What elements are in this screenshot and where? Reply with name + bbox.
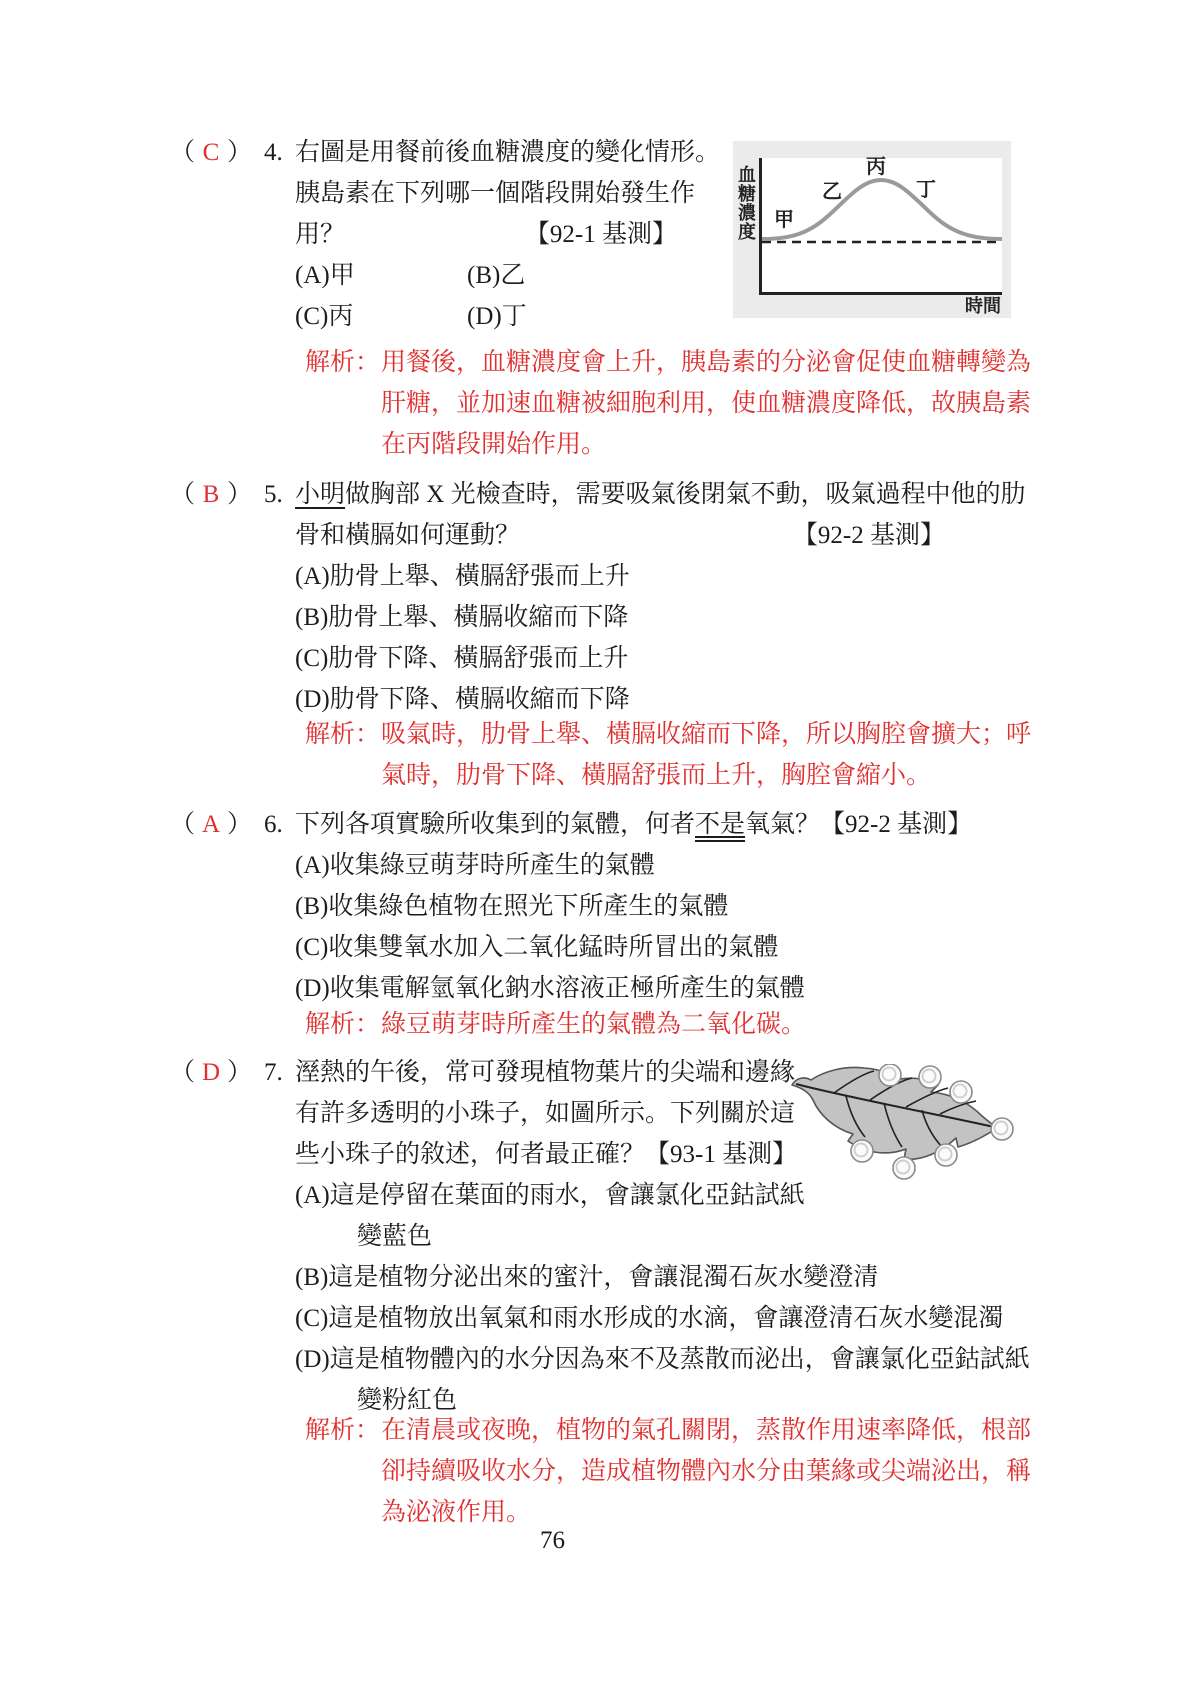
option-d: (D)這是植物體內的水分因為來不及蒸散而泌出，會讓氯化亞鈷試紙 <box>295 1339 757 1380</box>
question-5-row: （B） 5. 小明做胸部 X 光檢查時，需要吸氣後閉氣不動，吸氣過程中他的肋 骨… <box>170 474 945 720</box>
question-body-q6: 下列各項實驗所收集到的氣體，何者不是氧氣？ 【92-2 基測】 (A)收集綠豆萌… <box>295 804 945 1009</box>
glucose-chart: 血糖濃度 甲 乙 丙 丁 時間 <box>733 141 1011 318</box>
question-number-q4: 4. <box>264 132 295 173</box>
analysis-line: 用餐後，血糖濃度會上升，胰島素的分泌會促使血糖轉變為 <box>381 342 1031 383</box>
chart-plot-area: 甲 乙 丙 丁 <box>759 158 1002 295</box>
glucose-curve-path <box>762 180 1002 239</box>
stem-text: 骨和橫膈如何運動？ <box>295 515 520 556</box>
exam-page: （C） 4. 右圖是用餐前後血糖濃度的變化情形。 胰島素在下列哪一個階段開始發生… <box>0 0 1191 1684</box>
double-underlined-negation: 不是 <box>695 811 745 838</box>
analysis-label: 解析： <box>305 714 380 755</box>
question-number-q6: 6. <box>264 804 295 845</box>
stage-label-bing: 丙 <box>866 157 886 177</box>
analysis-line: 氣時，肋骨下降、橫膈舒張而上升，胸腔會縮小。 <box>381 755 1031 796</box>
paren-open: （ <box>170 474 195 515</box>
paren-close: ） <box>227 474 252 515</box>
analysis-line: 在丙階段開始作用。 <box>381 424 1031 465</box>
analysis-line: 吸氣時，肋骨上舉、橫膈收縮而下降，所以胸腔會擴大；呼 <box>381 714 1031 755</box>
question-6-row: （A） 6. 下列各項實驗所收集到的氣體，何者不是氧氣？ 【92-2 基測】 (… <box>170 804 945 1009</box>
analysis-body: 綠豆萌芽時所產生的氣體為二氧化碳。 <box>305 1004 806 1045</box>
analysis-label: 解析： <box>305 1004 380 1045</box>
stem-text: 下列各項實驗所收集到的氣體，何者不是氧氣？ <box>295 804 820 845</box>
answer-box-q6: （A） <box>170 804 252 845</box>
option-c: (C)丙 <box>295 296 467 337</box>
analysis-line: 卻持續吸收水分，造成植物體內水分由葉緣或尖端泌出，稱 <box>381 1451 1031 1492</box>
option-b: (B)收集綠色植物在照光下所產生的氣體 <box>295 886 945 927</box>
stem-line: 骨和橫膈如何運動？ 【92-2 基測】 <box>295 515 945 556</box>
option-c: (C)這是植物放出氧氣和雨水形成的水滴，會讓澄清石灰水變混濁 <box>295 1298 757 1339</box>
stem-line: 小明做胸部 X 光檢查時，需要吸氣後閉氣不動，吸氣過程中他的肋 <box>295 474 945 515</box>
stem-line: 用？ 【92-1 基測】 <box>295 214 677 255</box>
stem-post: 氧氣？ <box>745 811 820 838</box>
question-body-q5: 小明做胸部 X 光檢查時，需要吸氣後閉氣不動，吸氣過程中他的肋 骨和橫膈如何運動… <box>295 474 945 720</box>
stem-pre: 下列各項實驗所收集到的氣體，何者 <box>295 811 695 838</box>
option-a: (A)肋骨上舉、橫膈舒張而上升 <box>295 556 945 597</box>
stage-label-ding: 丁 <box>916 180 936 200</box>
stem-line: 溼熱的午後，常可發現植物葉片的尖端和邊緣 <box>295 1052 757 1093</box>
paren-close: ） <box>227 804 252 845</box>
option-a: (A)這是停留在葉面的雨水，會讓氯化亞鈷試紙 <box>295 1175 757 1216</box>
answer-letter-q5: B <box>203 474 220 515</box>
analysis-label: 解析： <box>305 1410 380 1451</box>
exam-source-tag: 【92-2 基測】 <box>820 804 972 845</box>
analysis-line: 肝糖，並加速血糖被細胞利用，使血糖濃度降低，故胰島素 <box>381 383 1031 424</box>
answer-box-q5: （B） <box>170 474 252 515</box>
question-body-q7: 溼熱的午後，常可發現植物葉片的尖端和邊緣 有許多透明的小珠子，如圖所示。下列關於… <box>295 1052 757 1421</box>
option-d: (D)收集電解氫氧化鈉水溶液正極所產生的氣體 <box>295 968 945 1009</box>
question-4-row: （C） 4. 右圖是用餐前後血糖濃度的變化情形。 胰島素在下列哪一個階段開始發生… <box>170 132 677 337</box>
stem-text: 做胸部 X 光檢查時，需要吸氣後閉氣不動，吸氣過程中他的肋 <box>345 481 1026 508</box>
paren-close: ） <box>227 132 252 173</box>
answer-letter-q4: C <box>203 132 220 173</box>
analysis-label: 解析： <box>305 342 380 383</box>
question-number-q7: 7. <box>264 1052 295 1093</box>
chart-y-axis-label: 血糖濃度 <box>737 165 755 241</box>
stem-line: 胰島素在下列哪一個階段開始發生作 <box>295 173 677 214</box>
leaf-illustration <box>786 1064 1018 1188</box>
underlined-name: 小明 <box>295 481 345 508</box>
paren-open: （ <box>170 132 195 173</box>
answer-box-q4: （C） <box>170 132 252 173</box>
analysis-q6: 解析： 綠豆萌芽時所產生的氣體為二氧化碳。 <box>305 1004 806 1045</box>
analysis-q5: 解析： 吸氣時，肋骨上舉、橫膈收縮而下降，所以胸腔會擴大；呼 氣時，肋骨下降、橫… <box>305 714 1031 796</box>
question-5: （B） 5. 小明做胸部 X 光檢查時，需要吸氣後閉氣不動，吸氣過程中他的肋 骨… <box>170 474 945 720</box>
answer-box-q7: （D） <box>170 1052 252 1093</box>
analysis-body: 用餐後，血糖濃度會上升，胰島素的分泌會促使血糖轉變為 肝糖，並加速血糖被細胞利用… <box>305 342 1031 465</box>
option-c: (C)收集雙氧水加入二氧化錳時所冒出的氣體 <box>295 927 945 968</box>
stem-text: 些小珠子的敘述，何者最正確？ <box>295 1141 645 1168</box>
stage-label-jia: 甲 <box>774 210 794 230</box>
analysis-line: 綠豆萌芽時所產生的氣體為二氧化碳。 <box>381 1004 806 1045</box>
option-a-continuation: 變藍色 <box>295 1216 757 1257</box>
page-number: 76 <box>170 1520 935 1561</box>
answer-letter-q7: D <box>202 1052 220 1093</box>
question-4: （C） 4. 右圖是用餐前後血糖濃度的變化情形。 胰島素在下列哪一個階段開始發生… <box>170 132 677 337</box>
analysis-body: 吸氣時，肋骨上舉、橫膈收縮而下降，所以胸腔會擴大；呼 氣時，肋骨下降、橫膈舒張而… <box>305 714 1031 796</box>
option-a: (A)收集綠豆萌芽時所產生的氣體 <box>295 845 945 886</box>
exam-source-tag: 【92-2 基測】 <box>793 515 945 556</box>
exam-source-tag: 【93-1 基測】 <box>645 1141 797 1168</box>
paren-close: ） <box>227 1052 252 1093</box>
question-number-q5: 5. <box>264 474 295 515</box>
stem-text: 用？ <box>295 214 345 255</box>
analysis-q7: 解析： 在清晨或夜晚，植物的氣孔關閉，蒸散作用速率降低，根部 卻持續吸收水分，造… <box>305 1410 1031 1533</box>
paren-open: （ <box>170 1052 195 1093</box>
paren-open: （ <box>170 804 195 845</box>
stage-label-yi: 乙 <box>822 182 842 202</box>
options-row: (A)甲 (B)乙 <box>295 255 677 296</box>
stem-line: 下列各項實驗所收集到的氣體，何者不是氧氣？ 【92-2 基測】 <box>295 804 945 845</box>
option-b: (B)這是植物分泌出來的蜜汁，會讓混濁石灰水變澄清 <box>295 1257 757 1298</box>
analysis-q4: 解析： 用餐後，血糖濃度會上升，胰島素的分泌會促使血糖轉變為 肝糖，並加速血糖被… <box>305 342 1031 465</box>
stem-line: 右圖是用餐前後血糖濃度的變化情形。 <box>295 132 677 173</box>
option-d: (D)丁 <box>467 296 677 337</box>
option-c: (C)肋骨下降、橫膈舒張而上升 <box>295 638 945 679</box>
option-a: (A)甲 <box>295 255 467 296</box>
stem-line: 些小珠子的敘述，何者最正確？【93-1 基測】 <box>295 1134 757 1175</box>
analysis-line: 在清晨或夜晚，植物的氣孔關閉，蒸散作用速率降低，根部 <box>381 1410 1031 1451</box>
chart-x-axis-label: 時間 <box>965 297 1001 315</box>
glucose-curve <box>762 158 1002 292</box>
stem-line: 有許多透明的小珠子，如圖所示。下列關於這 <box>295 1093 757 1134</box>
options-row: (C)丙 (D)丁 <box>295 296 677 337</box>
question-body-q4: 右圖是用餐前後血糖濃度的變化情形。 胰島素在下列哪一個階段開始發生作 用？ 【9… <box>295 132 677 337</box>
option-b: (B)肋骨上舉、橫膈收縮而下降 <box>295 597 945 638</box>
question-7: （D） 7. 溼熱的午後，常可發現植物葉片的尖端和邊緣 有許多透明的小珠子，如圖… <box>170 1052 757 1421</box>
option-b: (B)乙 <box>467 255 677 296</box>
analysis-body: 在清晨或夜晚，植物的氣孔關閉，蒸散作用速率降低，根部 卻持續吸收水分，造成植物體… <box>305 1410 1031 1533</box>
answer-letter-q6: A <box>202 804 220 845</box>
exam-source-tag: 【92-1 基測】 <box>525 214 677 255</box>
question-7-row: （D） 7. 溼熱的午後，常可發現植物葉片的尖端和邊緣 有許多透明的小珠子，如圖… <box>170 1052 757 1421</box>
question-6: （A） 6. 下列各項實驗所收集到的氣體，何者不是氧氣？ 【92-2 基測】 (… <box>170 804 945 1009</box>
